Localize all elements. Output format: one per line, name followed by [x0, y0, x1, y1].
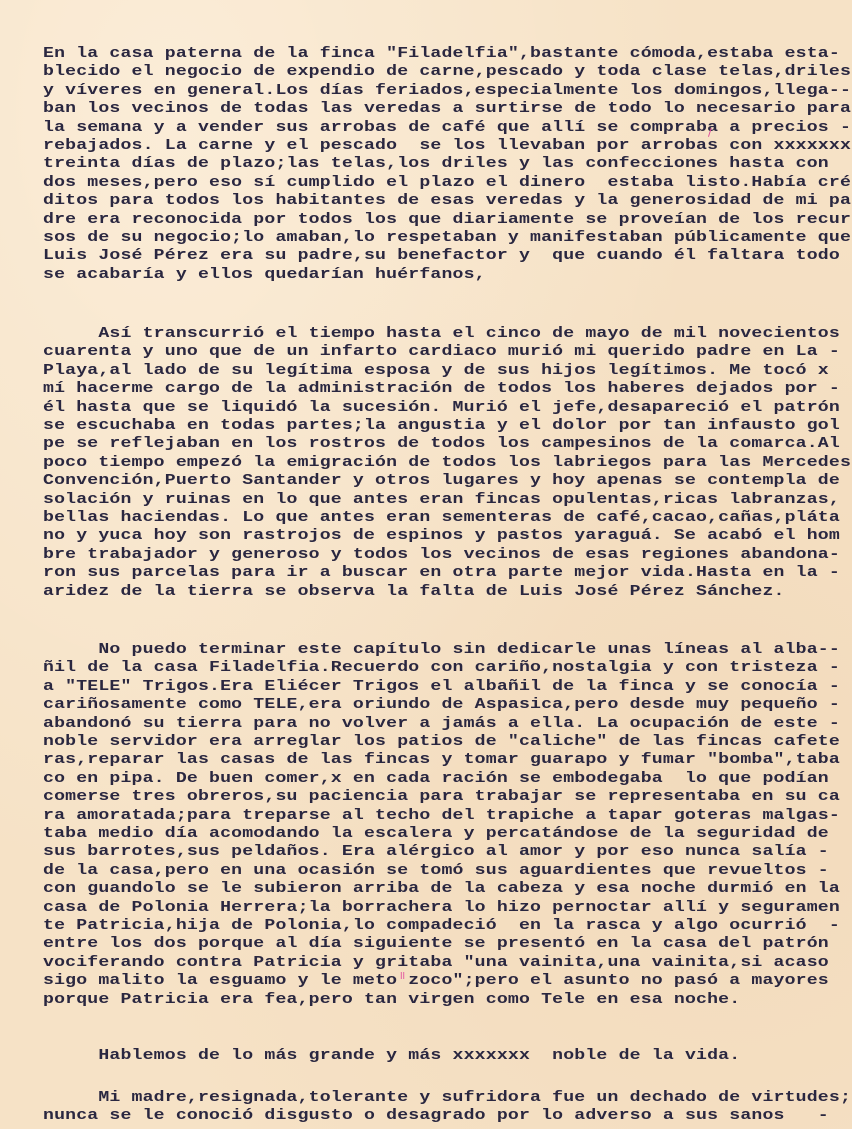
- text-line: pe se reflejaban en los rostros de todos…: [43, 434, 840, 452]
- text-line: vociferando contra Patricia y gritaba "u…: [43, 953, 829, 971]
- text-line: porque Patricia era fea,pero tan virgen …: [43, 990, 740, 1008]
- text-line: abandonó su tierra para no volver a jamá…: [43, 714, 840, 732]
- text-line: No puedo terminar este capítulo sin dedi…: [43, 640, 840, 658]
- text-line: sigo malito la esguamo y le meto zoco";p…: [43, 971, 829, 989]
- text-line: ron sus parcelas para ir a buscar en otr…: [43, 563, 840, 581]
- text-line: casa de Polonia Herrera;la borrachera lo…: [43, 898, 840, 916]
- text-line: noble servidor era arreglar los patios d…: [43, 732, 840, 750]
- text-line: treinta días de plazo;las telas,los dril…: [43, 154, 840, 172]
- text-line: él hasta que se liquidó la sucesión. Mur…: [43, 398, 840, 416]
- text-line: blecido el negocio de expendio de carne,…: [43, 62, 851, 80]
- pink-annotation-mark: ll: [400, 972, 405, 982]
- text-line: sus barrotes,sus peldaños. Era alérgico …: [43, 842, 829, 860]
- text-line: ras,reparar las casas de las fincas y to…: [43, 750, 840, 768]
- text-line: ditos para todos los habitantes de esas …: [43, 191, 851, 209]
- text-line: nunca se le conoció disgusto o desagrado…: [43, 1106, 829, 1124]
- text-line: co en pipa. De buen comer,x en cada raci…: [43, 769, 829, 787]
- text-line: ñil de la casa Filadelfia.Recuerdo con c…: [43, 658, 840, 676]
- text-line: cariñosamente como TELE,era oriundo de A…: [43, 695, 840, 713]
- pink-annotation-mark: /: [708, 126, 712, 139]
- text-line: se escuchaba en todas partes;la angustia…: [43, 416, 840, 434]
- text-line: de la casa,pero en una ocasión se tomó s…: [43, 861, 829, 879]
- text-line: dre era reconocida por todos los que dia…: [43, 210, 851, 228]
- typewritten-page: En la casa paterna de la finca "Filadelf…: [0, 0, 852, 1129]
- text-line: mí hacerme cargo de la administración de…: [43, 379, 840, 397]
- text-line: a "TELE" Trigos.Era Eliécer Trigos el al…: [43, 677, 840, 695]
- text-line: se acabaría y ellos quedarían huérfanos,: [43, 265, 486, 283]
- text-line: Así transcurrió el tiempo hasta el cinco…: [43, 324, 840, 342]
- text-line: bre trabajador y generoso y todos los ve…: [43, 545, 840, 563]
- text-line: ra amoratada;para treparse al techo del …: [43, 806, 840, 824]
- text-line: sos de su negocio;lo amaban,lo respetaba…: [43, 228, 851, 246]
- text-line: taba medio día acomodando la escalera y …: [43, 824, 829, 842]
- text-line: En la casa paterna de la finca "Filadelf…: [43, 44, 840, 62]
- text-line: ban los vecinos de todas las veredas a s…: [43, 99, 851, 117]
- text-line: Luis José Pérez era su padre,su benefact…: [43, 246, 840, 264]
- text-line: y víveres en general.Los días feriados,e…: [43, 81, 851, 99]
- text-line: solación y ruinas en lo que antes eran f…: [43, 490, 840, 508]
- text-line: Playa,al lado de su legítima esposa y de…: [43, 361, 829, 379]
- text-line: comerse tres obreros,su paciencia para t…: [43, 787, 840, 805]
- text-line: no y yuca hoy son rastrojos de espinos y…: [43, 526, 840, 544]
- text-line: rebajados. La carne y el pescado se los …: [43, 136, 851, 154]
- text-line: Mi madre,resignada,tolerante y sufridora…: [43, 1088, 851, 1106]
- text-line: poco tiempo empezó la emigración de todo…: [43, 453, 851, 471]
- text-line: te Patricia,hija de Polonia,lo compadeci…: [43, 916, 840, 934]
- text-line: aridez de la tierra se observa la falta …: [43, 582, 785, 600]
- text-line: Convención,Puerto Santander y otros luga…: [43, 471, 840, 489]
- text-line: con guandolo se le subieron arriba de la…: [43, 879, 840, 897]
- text-line: Hablemos de lo más grande y más xxxxxxx …: [43, 1046, 740, 1064]
- text-line: entre los dos porque al día siguiente se…: [43, 934, 829, 952]
- text-line: dos meses,pero eso sí cumplido el plazo …: [43, 173, 851, 191]
- text-line: bellas haciendas. Lo que antes eran seme…: [43, 508, 840, 526]
- text-line: cuarenta y uno que de un infarto cardiac…: [43, 342, 840, 360]
- text-line: la semana y a vender sus arrobas de café…: [43, 118, 851, 136]
